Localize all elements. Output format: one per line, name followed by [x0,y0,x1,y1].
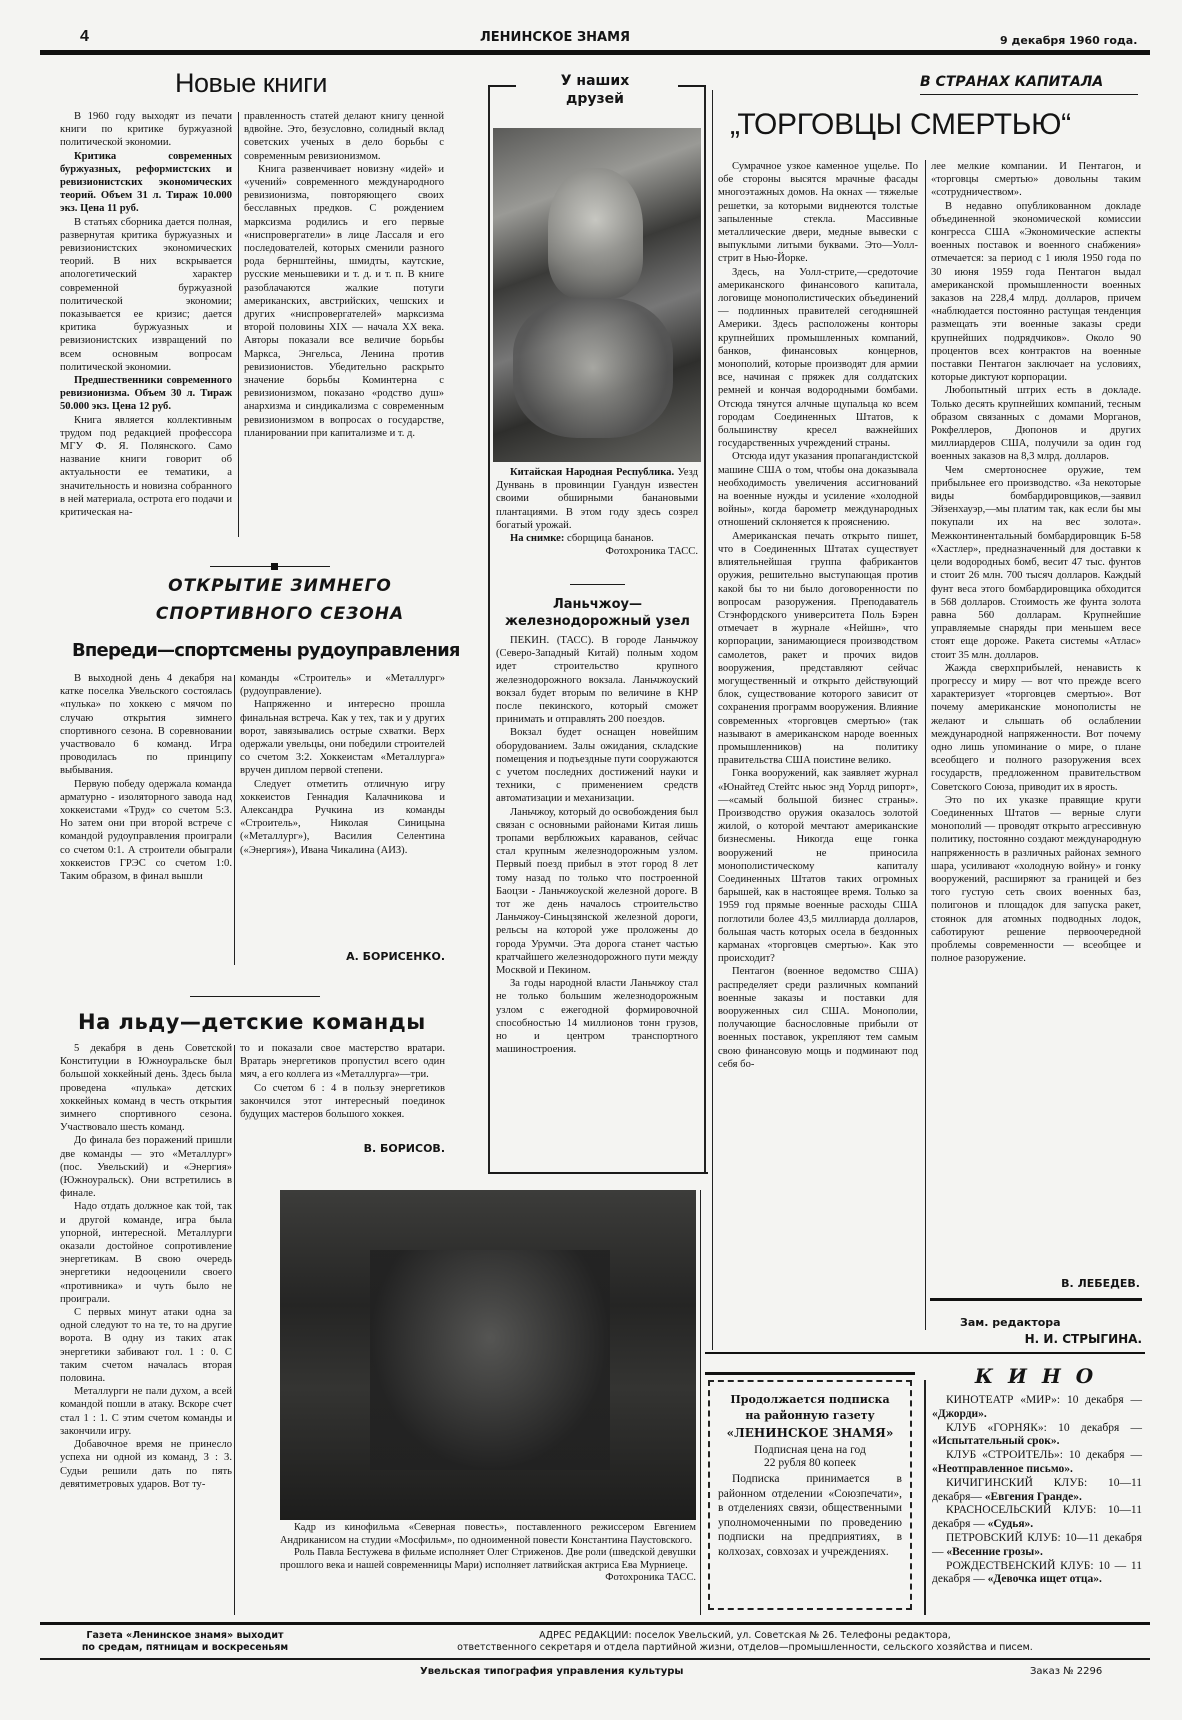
photo-credit: Фотохроника ТАСС. [280,1572,696,1585]
paragraph: Сумрачное узкое каменное ущелье. По обе … [718,160,918,266]
caption-country: Китайская Народная Республика. [510,467,674,478]
paragraph: В статьях сборника дается полная, развер… [60,216,232,374]
section-rule [705,1352,1145,1354]
venue: КРАСНОСЕЛЬСКИЙ КЛУБ: [946,1504,1096,1516]
paragraph: Следует отметить отличную игру хоккеисто… [240,778,445,857]
children-teams-col2: то и показали свое мастерство вратари. В… [240,1042,445,1121]
date: 10 декабря — [1069,1449,1142,1461]
new-books-col1: В 1960 году выходят из печати книги по к… [60,110,232,519]
children-teams-headline: На льду—детские команды [78,1010,426,1034]
winter-season-rubric: ОТКРЫТИЕ ЗИМНЕГО СПОРТИВНОГО СЕЗОНА [90,572,470,628]
signature-borisenko: А. БОРИСЕНКО. [300,950,445,963]
caption-line-1: Кадр из кинофильма «Северная повесть», п… [280,1522,696,1547]
film-title: «Весенние грозы». [946,1546,1042,1558]
masthead-rule [40,50,1150,55]
cinema-listing[interactable]: ПЕТРОВСКИЙ КЛУБ: 10—11 декабря— «Весенни… [932,1532,1142,1560]
lanzhou-article: ПЕКИН. (ТАСС). В городе Ланьчжоу (Северо… [496,634,698,1057]
deputy-editor-name: Н. И. СТРЫГИНА. [970,1332,1142,1346]
subscription-newspaper-name: «ЛЕНИНСКОЕ ЗНАМЯ» [710,1424,910,1442]
new-books-heading: Новые книги [175,68,327,99]
paragraph: Добавочное время не принесло успеха ни о… [60,1438,232,1491]
box-bottom-rule [488,1172,708,1174]
venue: КЛУБ «ГОРНЯК»: [946,1422,1047,1434]
cinema-listing[interactable]: КЛУБ «ГОРНЯК»: 10 декабря — «Испытательн… [932,1422,1142,1450]
paragraph: Это по их указке правящие круги Соединен… [931,794,1141,966]
date: 10 декабря — [1058,1422,1142,1434]
venue: РОЖДЕСТВЕНСКИЙ КЛУБ: [946,1560,1094,1572]
venue: КИНОТЕАТР «МИР»: [946,1394,1060,1406]
paragraph: В недавно опубликованном докладе объедин… [931,200,1141,385]
paragraph: то и показали свое мастерство вратари. В… [240,1042,445,1082]
film-caption: Кадр из кинофильма «Северная повесть», п… [280,1522,696,1585]
cinema-heading: К И Н О [930,1364,1142,1388]
paragraph: правленность статей делают книгу ценной … [244,110,444,163]
paragraph: Ланьчжоу, который до освобождения был св… [496,806,698,978]
paragraph: 5 декабря в день Советской Конституции в… [60,1042,232,1134]
paragraph: Американская печать открыто пишет, что в… [718,530,918,768]
photo-bananas [513,298,673,438]
subscription-price-label: Подписная цена на год [710,1444,910,1457]
column-divider [925,160,926,1330]
cinema-listing[interactable]: РОЖДЕСТВЕНСКИЙ КЛУБ: 10 — 11 декабря — «… [932,1560,1142,1588]
publication-schedule: Газета «Ленинское знамя» выходит по сред… [50,1630,320,1654]
subscription-line-1: Продолжается подписка [710,1392,910,1408]
box-top-rule-right [678,85,706,87]
capitalism-rubric: В СТРАНАХ КАПИТАЛА [920,74,1103,90]
page-number: 4 [80,28,89,46]
paragraph: Металлурги не пали духом, а всей командо… [60,1385,232,1438]
date: 10 декабря — [1067,1394,1142,1406]
photo-figure [548,168,643,298]
photo-credit: Фотохроника ТАСС. [496,545,698,558]
footer-middle-rule [40,1658,1150,1660]
paragraph: Надо отдать должное как той, так и друго… [60,1200,232,1306]
signature-lebedev: В. ЛЕБЕДЕВ. [990,1277,1140,1290]
paragraph: Отсюда идут указания пропагандистской ма… [718,450,918,529]
paragraph: ПЕКИН. (ТАСС). В городе Ланьчжоу (Северо… [496,634,698,726]
printer-info: Увельская типография управления культуры [420,1666,683,1677]
subscription-line-2: на районную газету [710,1408,910,1424]
paragraph: В 1960 году выходят из печати книги по к… [60,110,232,150]
paragraph: До финала без поражений пришли две коман… [60,1134,232,1200]
book-title-1: Критика современных буржуазных, реформис… [60,150,232,216]
deputy-editor-label: Зам. редактора [960,1316,1061,1329]
film-still-photo [280,1190,696,1520]
issue-date: 9 декабря 1960 года. [1000,34,1137,47]
photo-figures [370,1250,610,1470]
divider-square [271,563,278,570]
section-divider [210,566,330,567]
cinema-listing[interactable]: КИНОТЕАТР «МИР»: 10 декабря — «Джорди». [932,1394,1142,1422]
paragraph: Со счетом 6 : 4 в пользу энергетиков зак… [240,1082,445,1122]
order-number: Заказ № 2296 [1030,1666,1102,1677]
rubric-line-2: СПОРТИВНОГО СЕЗОНА [90,600,470,628]
signature-borisov: В. БОРИСОВ. [300,1142,445,1155]
box-top-rule-left [488,85,516,87]
editorial-address: АДРЕС РЕДАКЦИИ: поселок Увельский, ул. С… [350,1630,1140,1654]
paragraph: команды «Строитель» и «Металлург» (рудоу… [240,672,445,698]
paragraph: Пентагон (военное ведомство США) распред… [718,965,918,1071]
section-rule [930,1298,1142,1301]
schedule-line-1: Газета «Ленинское знамя» выходит [50,1630,320,1642]
subscription-body: Подписка принимается в районном отделени… [710,1470,910,1559]
book-title-2: Предшественники современного ревизионизм… [60,374,232,414]
subscription-top-rule [705,1372,915,1375]
capitalism-headline: „ТОРГОВЦЫ СМЕРТЬЮ“ [730,108,1071,142]
cinema-border-left [924,1380,926,1615]
photo-border-right [700,1190,701,1615]
paragraph: Первую победу одержала команда арматурно… [60,778,232,884]
new-books-col2: правленность статей делают книгу ценной … [244,110,444,440]
film-title: «Неотправленное письмо». [932,1463,1073,1475]
film-title: «Джорди». [932,1408,987,1420]
banana-picker-photo [493,128,701,462]
caption-label: На снимке: [510,533,564,544]
column-divider [234,1045,235,1615]
paragraph: С первых минут атаки одна за одной следу… [60,1306,232,1385]
rubric-line-1: ОТКРЫТИЕ ЗИМНЕГО [90,572,470,600]
paragraph: Вокзал будет оснащен новейшим оборудован… [496,726,698,805]
children-teams-col1: 5 декабря в день Советской Конституции в… [60,1042,232,1491]
lanzhou-headline: Ланьчжоу— железнодорожный узел [500,596,695,630]
rubric-underline [920,94,1138,95]
friends-rubric: У наших друзей [540,72,650,108]
section-divider [190,996,320,997]
column-divider [238,112,239,537]
paragraph: Книга является коллективным трудом под р… [60,414,232,520]
winter-season-headline: Впереди—спортсмены рудоуправления [72,640,460,661]
paragraph: Чем смертоноснее оружие, тем прибыльнее … [931,464,1141,662]
cinema-listings: КИНОТЕАТР «МИР»: 10 декабря — «Джорди». … [932,1394,1142,1587]
footer-top-rule [40,1622,1150,1625]
paragraph: Книга развенчивает новизну «идей» и «уче… [244,163,444,440]
paragraph: За годы народной власти Ланьчжоу стал не… [496,977,698,1056]
capitalism-col2: лее мелкие компании. И Пентагон, и «торг… [931,160,1141,965]
newspaper-title: ЛЕНИНСКОЕ ЗНАМЯ [480,30,630,45]
venue: КЛУБ «СТРОИТЕЛЬ»: [946,1449,1063,1461]
capitalism-col1: Сумрачное узкое каменное ущелье. По обе … [718,160,918,1071]
column-divider [712,90,713,1350]
venue: КИЧИГИНСКИЙ КЛУБ: [946,1477,1087,1489]
paragraph: лее мелкие компании. И Пентагон, и «торг… [931,160,1141,200]
subscription-price: 22 рубля 80 копеек [710,1457,910,1470]
schedule-line-2: по средам, пятницам и воскресеньям [50,1642,320,1654]
column-divider [234,675,235,965]
film-title: «Девочка ищет отца». [988,1573,1102,1585]
film-title: «Евгения Гранде». [985,1491,1082,1503]
film-title: «Судья». [988,1518,1034,1530]
paragraph: Подписка принимается в районном отделени… [718,1472,902,1559]
subscription-box: Продолжается подписка на районную газету… [708,1380,912,1610]
paragraph: В выходной день 4 декабря на катке посел… [60,672,232,778]
friends-caption: Китайская Народная Республика. Уезд Дунв… [496,466,698,558]
paragraph: Напряженно и интересно прошла финальная … [240,698,445,777]
cinema-listing[interactable]: КРАСНОСЕЛЬСКИЙ КЛУБ: 10—11 декабря — «Су… [932,1504,1142,1532]
address-line-2: ответственного секретаря и отдела партий… [350,1642,1140,1654]
caption-line-2: Роль Павла Бестужева в фильме исполняет … [280,1547,696,1572]
venue: ПЕТРОВСКИЙ КЛУБ: [946,1532,1061,1544]
cinema-listing[interactable]: КИЧИГИНСКИЙ КЛУБ: 10—11 декабря— «Евгени… [932,1477,1142,1505]
film-title: «Испытательный срок». [932,1435,1060,1447]
winter-season-col2: команды «Строитель» и «Металлург» (рудоу… [240,672,445,857]
caption-snimke: сборщица бананов. [567,533,654,544]
paragraph: Жажда сверхприбылей, ненависть к прогрес… [931,662,1141,794]
paragraph: Гонка вооружений, как заявляет журнал «Ю… [718,767,918,965]
paragraph: Здесь, на Уолл-стрите,—средоточие америк… [718,266,918,451]
address-line-1: АДРЕС РЕДАКЦИИ: поселок Увельский, ул. С… [350,1630,1140,1642]
winter-season-col1: В выходной день 4 декабря на катке посел… [60,672,232,883]
section-divider [570,584,625,585]
cinema-listing[interactable]: КЛУБ «СТРОИТЕЛЬ»: 10 декабря — «Неотправ… [932,1449,1142,1477]
paragraph: Любопытный штрих есть в докладе. Только … [931,384,1141,463]
